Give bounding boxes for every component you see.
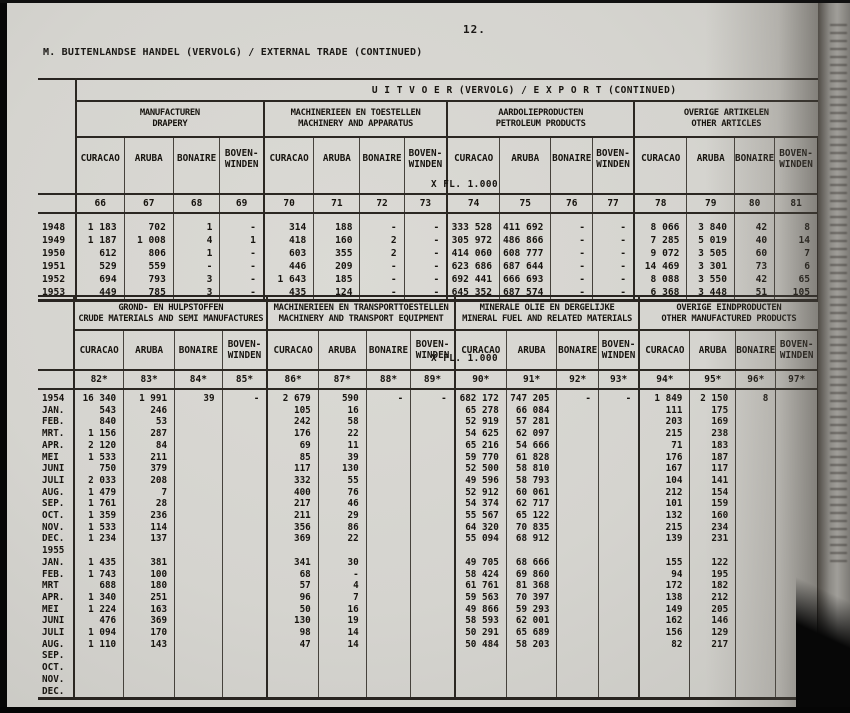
data-cell [175,604,222,616]
data-cell [776,452,818,464]
data-cell [411,498,455,510]
column-header: BOVEN- WINDEN [411,330,455,370]
data-cell: 159 [690,498,736,510]
data-cell: - [360,260,404,273]
row-label: JUNI [38,463,74,475]
data-cell [74,686,123,699]
data-cell: 1 094 [74,627,123,639]
data-cell [411,440,455,452]
data-cell [175,686,222,699]
row-label: APR. [38,440,74,452]
data-cell: 215 [639,428,690,440]
data-cell [776,405,818,417]
data-cell [598,452,639,464]
data-cell: 176 [267,428,318,440]
data-cell: 1 [220,234,264,247]
data-cell: 1 533 [74,522,123,534]
data-cell [222,498,267,510]
data-cell: 55 567 [455,510,507,522]
data-cell [411,639,455,651]
data-cell: 98 [267,627,318,639]
data-cell [690,674,736,686]
column-number: 79 [687,194,735,213]
data-cell: 52 919 [455,416,507,428]
column-header: BOVEN- WINDEN [220,137,264,179]
data-cell [506,650,557,662]
data-cell [455,674,507,686]
data-cell [690,545,736,557]
data-cell: 1 340 [74,592,123,604]
data-cell: 86 [318,522,366,534]
data-cell [411,416,455,428]
data-cell: 234 [690,522,736,534]
column-number: 67 [124,194,173,213]
data-cell: 100 [124,569,175,581]
data-cell: 138 [639,592,690,604]
column-number: 88* [366,370,411,389]
data-cell: 4 [318,580,366,592]
data-cell [455,545,507,557]
data-cell [557,674,598,686]
data-cell [506,545,557,557]
data-cell: 170 [124,627,175,639]
data-cell [222,639,267,651]
data-cell [267,686,318,699]
data-cell: 60 061 [506,487,557,499]
data-cell: 16 [318,405,366,417]
data-cell [557,498,598,510]
column-number: 66 [76,194,124,213]
data-cell [736,639,776,651]
data-cell [222,522,267,534]
data-cell: 3 505 [687,247,735,260]
group-name-english: CRUDE MATERIALS AND SEMI MANUFACTURES [75,314,266,325]
data-cell: 42 [735,221,775,234]
data-cell: 14 [318,627,366,639]
data-cell [222,510,267,522]
column-number: 78 [634,194,687,213]
data-cell [222,440,267,452]
data-cell [267,545,318,557]
column-header: ARUBA [500,137,551,179]
row-label: NOV. [38,522,74,534]
data-cell: 3 840 [687,221,735,234]
column-number: 70 [264,194,314,213]
data-cell: - [404,247,447,260]
data-cell [222,592,267,604]
spacer-cell [687,213,735,221]
page-edge-left [0,0,7,713]
data-cell: 111 [639,405,690,417]
data-cell [411,662,455,674]
column-header: ARUBA [314,137,360,179]
data-cell: 146 [690,615,736,627]
row-label: 1954 [38,393,74,405]
data-cell [411,522,455,534]
data-cell: 58 203 [506,639,557,651]
data-cell: 154 [690,487,736,499]
data-cell: 172 [639,580,690,592]
data-cell [598,475,639,487]
data-cell: 60 [735,247,775,260]
data-cell: - [557,393,598,405]
row-label: MEI [38,452,74,464]
data-cell: 14 469 [634,260,687,273]
data-cell: 70 397 [506,592,557,604]
data-cell: - [593,273,635,286]
data-cell [175,510,222,522]
data-cell [411,452,455,464]
data-cell [366,463,411,475]
data-cell [557,533,598,545]
column-header: BONAIRE [366,330,411,370]
row-label: OCT. [38,662,74,674]
data-cell: 355 [314,247,360,260]
spacer-cell [551,179,593,194]
data-cell: 666 693 [500,273,551,286]
data-cell: 1 643 [264,273,314,286]
data-cell [175,615,222,627]
data-cell: 58 424 [455,569,507,581]
data-cell [267,662,318,674]
data-cell: 1 234 [74,533,123,545]
data-cell [736,686,776,699]
data-cell [366,627,411,639]
export-table-lower: X FL. 1.000 GROND- EN HULPSTOFFENCRUDE M… [38,295,819,700]
data-cell: - [593,260,635,273]
data-cell: 55 094 [455,533,507,545]
data-cell [366,662,411,674]
data-cell [557,686,598,699]
data-cell [736,522,776,534]
data-cell: 806 [124,247,173,260]
data-cell: 682 172 [455,393,507,405]
group-name-dutch: MINERALE OLIE EN DERGELIJKE [456,303,638,314]
column-header: BONAIRE [736,330,776,370]
column-header: CURACAO [267,330,318,370]
spacer-cell [220,179,264,194]
data-cell [222,615,267,627]
data-cell [411,604,455,616]
data-cell: 1 008 [124,234,173,247]
data-cell [557,428,598,440]
data-cell: - [220,260,264,273]
data-cell: - [551,234,593,247]
data-cell: 2 [360,247,404,260]
data-cell [736,533,776,545]
data-cell: - [173,260,220,273]
data-cell [776,416,818,428]
data-cell [598,627,639,639]
spacer-cell [735,213,775,221]
column-number: 90* [455,370,507,389]
data-cell: 305 972 [447,234,499,247]
data-cell: 61 761 [455,580,507,592]
row-label: 1948 [38,221,76,234]
column-number: 85* [222,370,267,389]
row-label-spacer [38,101,76,137]
data-cell: 3 301 [687,260,735,273]
column-header: BOVEN- WINDEN [776,330,818,370]
column-header: CURACAO [74,330,123,370]
data-cell [776,440,818,452]
data-cell [318,650,366,662]
row-label: OCT. [38,510,74,522]
data-cell: 175 [690,405,736,417]
data-cell [506,686,557,699]
data-cell [175,650,222,662]
column-header: CURACAO [634,137,687,179]
spacer-cell [76,179,124,194]
data-cell: 231 [690,533,736,545]
spacer-cell [404,213,447,221]
data-cell: 1 [173,221,220,234]
spacer-cell [634,213,687,221]
row-label-spacer [38,194,76,213]
data-cell [175,569,222,581]
spacer-cell [360,213,404,221]
data-cell: 62 097 [506,428,557,440]
book-scan: 12. M. BUITENLANDSE HANDEL (VERVOLG) / E… [0,0,850,713]
column-group-header: GROND- EN HULPSTOFFENCRUDE MATERIALS AND… [74,296,267,330]
data-cell [736,545,776,557]
data-cell: 212 [690,592,736,604]
data-cell: 11 [318,440,366,452]
data-cell: 39 [175,393,222,405]
data-cell [124,686,175,699]
data-cell: 53 [124,416,175,428]
data-cell: 69 [267,440,318,452]
data-cell [175,545,222,557]
data-cell: 54 666 [506,440,557,452]
data-cell [557,615,598,627]
data-cell [222,662,267,674]
row-label: AUG. [38,487,74,499]
data-cell [557,662,598,674]
spacer-cell [593,213,635,221]
data-cell [366,686,411,699]
spacer-cell [124,213,173,221]
data-cell: 612 [76,247,124,260]
data-cell [736,580,776,592]
data-cell: 356 [267,522,318,534]
data-cell [411,428,455,440]
data-cell: - [593,234,635,247]
data-cell [366,510,411,522]
data-cell: 2 150 [690,393,736,405]
group-name-dutch: MANUFACTUREN [77,108,263,119]
data-cell: 105 [267,405,318,417]
data-cell [222,487,267,499]
data-cell: 246 [124,405,175,417]
data-cell [124,662,175,674]
data-cell: 49 866 [455,604,507,616]
column-number: 75 [500,194,551,213]
data-cell [318,674,366,686]
data-cell: 1 849 [639,393,690,405]
data-cell [598,557,639,569]
data-cell: 71 [639,440,690,452]
data-cell: 1 533 [74,452,123,464]
data-cell: 7 [124,487,175,499]
column-header: ARUBA [687,137,735,179]
data-cell [411,580,455,592]
data-cell [736,557,776,569]
data-cell [175,639,222,651]
data-cell [222,569,267,581]
data-cell: 446 [264,260,314,273]
row-label: FEB. [38,416,74,428]
data-cell: 603 [264,247,314,260]
data-cell: 188 [314,221,360,234]
data-cell: 187 [690,452,736,464]
data-cell: - [220,221,264,234]
spacer-cell [687,179,735,194]
data-cell [366,580,411,592]
data-cell: 182 [690,580,736,592]
data-cell [639,650,690,662]
row-label: SEP. [38,650,74,662]
data-cell: 217 [690,639,736,651]
data-cell: 205 [690,604,736,616]
data-cell: 58 [318,416,366,428]
data-cell [690,686,736,699]
row-label: JULI [38,475,74,487]
data-cell [411,686,455,699]
data-cell [598,405,639,417]
data-cell [124,650,175,662]
data-cell: 7 285 [634,234,687,247]
data-cell: 14 [318,639,366,651]
data-cell [366,522,411,534]
data-cell: 62 717 [506,498,557,510]
data-cell: 238 [690,428,736,440]
data-cell: 2 033 [74,475,123,487]
spacer-cell [775,213,818,221]
data-cell: 28 [124,498,175,510]
data-cell [736,463,776,475]
spacer-cell [314,179,360,194]
data-cell: 6 [775,260,818,273]
data-cell: 381 [124,557,175,569]
data-cell: - [220,273,264,286]
data-cell [74,545,123,557]
data-cell [366,615,411,627]
data-cell: 40 [735,234,775,247]
data-cell [222,580,267,592]
column-number: 68 [173,194,220,213]
data-cell: 66 084 [506,405,557,417]
data-cell [557,592,598,604]
group-name-dutch: MACHINERIEEN EN TRANSPORTTOESTELLEN [268,303,453,314]
column-number: 80 [735,194,775,213]
group-name-dutch: MACHINERIEEN EN TOESTELLEN [265,108,446,119]
data-cell: 185 [314,273,360,286]
data-cell [598,674,639,686]
data-cell [411,615,455,627]
data-cell [557,580,598,592]
data-cell [557,416,598,428]
data-cell [557,604,598,616]
data-cell [366,428,411,440]
data-cell [736,650,776,662]
data-cell: 333 528 [447,221,499,234]
data-cell [318,545,366,557]
data-cell: 211 [124,452,175,464]
data-cell [455,662,507,674]
data-cell: 84 [124,440,175,452]
data-cell [598,498,639,510]
data-cell: 287 [124,428,175,440]
data-cell: 58 793 [506,475,557,487]
data-cell: 129 [690,627,736,639]
data-cell: 3 550 [687,273,735,286]
data-cell [222,674,267,686]
data-cell [175,416,222,428]
data-cell: 8 066 [634,221,687,234]
data-cell [124,545,175,557]
data-cell [598,428,639,440]
data-cell [175,440,222,452]
data-cell [175,592,222,604]
data-cell: 1 479 [74,487,123,499]
data-cell [222,452,267,464]
data-cell: 122 [690,557,736,569]
data-cell: 1 359 [74,510,123,522]
column-number: 71 [314,194,360,213]
data-cell: 1 743 [74,569,123,581]
spacer-cell [173,179,220,194]
data-cell: 236 [124,510,175,522]
data-cell: - [220,247,264,260]
row-label: 1950 [38,247,76,260]
column-number: 94* [639,370,690,389]
data-cell [736,416,776,428]
column-header: ARUBA [124,330,175,370]
data-cell: 55 [318,475,366,487]
data-cell [736,440,776,452]
data-cell: 16 340 [74,393,123,405]
group-name-english: MACHINERY AND TRANSPORT EQUIPMENT [268,314,453,325]
data-cell [598,686,639,699]
data-cell [598,650,639,662]
data-cell [736,627,776,639]
data-cell [776,475,818,487]
data-cell [776,393,818,405]
data-cell [366,592,411,604]
data-cell [411,569,455,581]
data-cell: 16 [318,604,366,616]
column-group-header: OVERIGE EINDPRODUCTENOTHER MANUFACTURED … [639,296,818,330]
data-cell: - [404,234,447,247]
data-cell [776,487,818,499]
data-cell: 314 [264,221,314,234]
row-label: JAN. [38,405,74,417]
data-cell [598,569,639,581]
data-cell [267,650,318,662]
data-cell: 62 001 [506,615,557,627]
data-cell: 155 [639,557,690,569]
data-cell: 101 [639,498,690,510]
column-header: BOVEN- WINDEN [222,330,267,370]
data-cell: 251 [124,592,175,604]
data-cell: 418 [264,234,314,247]
data-cell [455,650,507,662]
data-cell [736,662,776,674]
data-cell [366,674,411,686]
data-cell: 4 [173,234,220,247]
data-cell: 694 [76,273,124,286]
